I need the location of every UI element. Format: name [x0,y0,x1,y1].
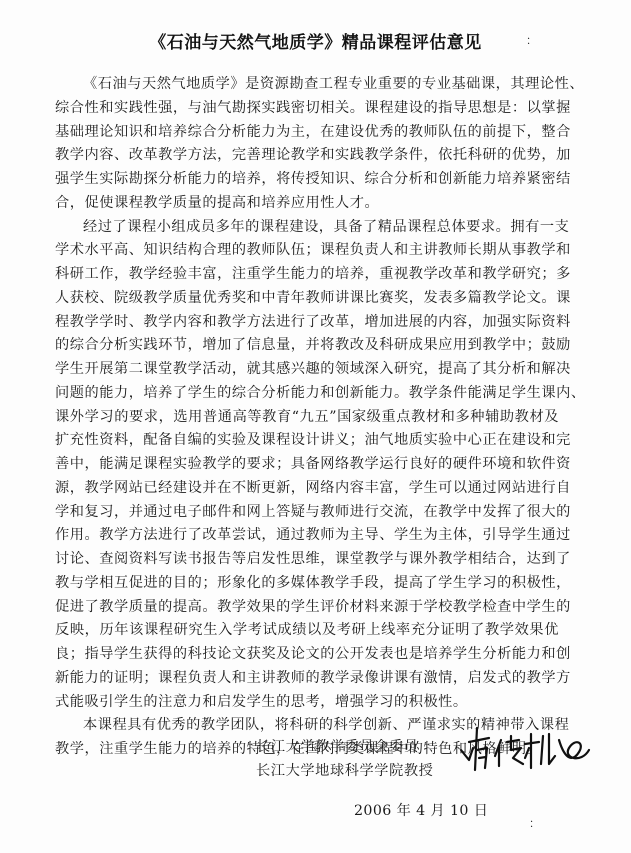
text-line: 程教学学时、教学内容和教学方法进行了改革，增加进展的内容，加强实际资料 [55,311,559,335]
paragraph-1: 《石油与天然气地质学》是资源勘查工程专业重要的专业基础课，其理论性、 综合性和实… [55,73,559,216]
document-title: 《石油与天然气地质学》精品课程评估意见 [0,28,631,53]
text-line: 新能力的证明；课程负责人和主讲教师的教学录像讲课有激情，启发式的教学方 [55,667,559,691]
text-line: 良；指导学生获得的科技论文获奖及论文的公开发表也是培养学生分析能力和创 [55,643,559,667]
text-line: 作用。教学方法进行了改革尝试，通过教师为主导、学生为主体，引导学生通过 [55,524,559,548]
text-line: 源，教学网站已经建设并在不断更新，网络内容丰富，学生可以通过网站进行自 [55,477,559,501]
document-page: 《石油与天然气地质学》精品课程评估意见 ·· 《石油与天然气地质学》是资源勘查工… [0,0,631,853]
scan-margin-mark: ·· [527,37,530,47]
signatory-title-1: 长江大学教学委员会委员 [256,735,433,759]
text-line: 反映，历年该课程研究生入学考试成绩以及考研上线率充分证明了教学效果优 [55,619,559,643]
text-line: 合，促使课程教学质量的提高和培养应用性人才。 [55,192,559,216]
text-line: 教与学相互促进的目的；形象化的多媒体教学手段，提高了学生学习的积极性， [55,572,559,596]
text-line: 课外学习的要求，选用普通高等教育“九五”国家级重点教材和多种辅助教材及 [55,406,559,430]
text-line: 教学内容、改革教学方法，完善理论教学和实践教学条件，依托科研的优势，加 [55,144,559,168]
text-line: 式能吸引学生的注意力和启发学生的思考，增强学习的积极性。 [55,691,559,715]
document-date: 2006 年 4 月 10 日 [354,800,488,820]
text-line: 促进了教学质量的提高。教学效果的学生评价材料来源于学校教学检查中学生的 [55,596,559,620]
text-line: 问题的能力，培养了学生的综合分析能力和创新能力。教学条件能满足学生课内、 [55,382,559,406]
text-line: 善中，能满足课程实验教学的要求；具备网络教学运行良好的硬件环境和软件资 [55,453,559,477]
text-line: 学和复习，并通过电子邮件和网上答疑与教师进行交流，在教学中发挥了很大的 [55,501,559,525]
text-line: 强学生实际勘探分析能力的培养，将传授知识、综合分析和创新能力培养紧密结 [55,168,559,192]
paragraph-2: 经过了课程小组成员多年的课程建设，具备了精品课程总体要求。拥有一支 学术水平高、… [55,216,559,715]
text-line: 经过了课程小组成员多年的课程建设，具备了精品课程总体要求。拥有一支 [55,216,559,240]
text-line: 《石油与天然气地质学》是资源勘查工程专业重要的专业基础课，其理论性、 [55,73,559,97]
text-line: 讨论、查阅资料写读书报告等启发性思维，课堂教学与课外教学相结合，达到了 [55,548,559,572]
signatory-block: 长江大学教学委员会委员 长江大学地球科学学院教授 [256,735,433,783]
text-line: 的综合分析实践环节，增加了信息量，并将教改及科研成果应用到教学中；鼓励 [55,334,559,358]
document-body: 《石油与天然气地质学》是资源勘查工程专业重要的专业基础课，其理论性、 综合性和实… [55,73,559,762]
text-line: 学生开展第二课堂教学活动，就其感兴趣的领域深入研究，提高了其分析和解决 [55,358,559,382]
scan-margin-mark: ·· [530,820,533,830]
text-line: 科研工作，教学经验丰富，注重学生能力的培养，重视教学改革和教学研究；多 [55,263,559,287]
text-line: 综合性和实践性强，与油气勘探实践密切相关。课程建设的指导思想是：以掌握 [55,97,559,121]
signatory-title-2: 长江大学地球科学学院教授 [256,759,433,783]
handwritten-signature-icon [455,720,595,775]
text-line: 扩充性资料，配备自编的实验及课程设计讲义；油气地质实验中心正在建设和完 [55,429,559,453]
text-line: 人获校、院级教学质量优秀奖和中青年教师讲课比赛奖，发表多篇教学论文。课 [55,287,559,311]
text-line: 学术水平高、知识结构合理的教师队伍；课程负责人和主讲教师长期从事教学和 [55,239,559,263]
text-line: 基础理论知识和培养综合分析能力为主，在建设优秀的教师队伍的前提下，整合 [55,121,559,145]
